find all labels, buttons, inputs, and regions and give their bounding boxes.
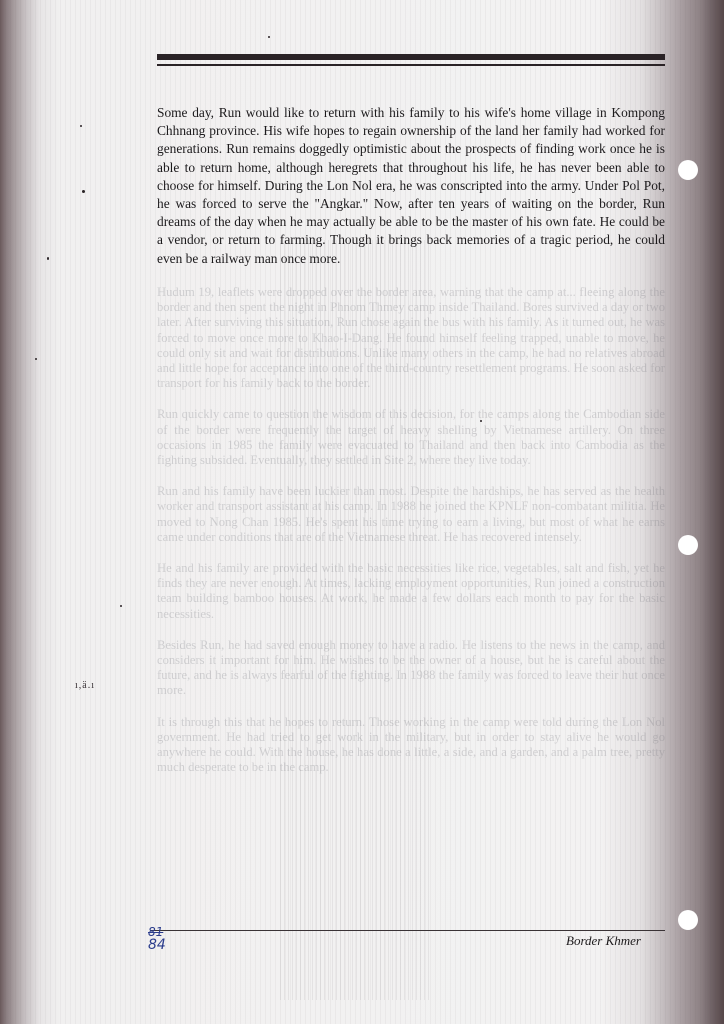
scan-speck	[47, 257, 49, 260]
scanned-page: Hudum 19, leaflets were dropped over the…	[0, 0, 724, 1024]
punch-hole	[678, 910, 698, 930]
bleed-paragraph: Run quickly came to question the wisdom …	[157, 407, 665, 468]
body-paragraph: Some day, Run would like to return with …	[157, 104, 665, 268]
header-rule-thick	[157, 54, 665, 60]
bleed-through-text: Hudum 19, leaflets were dropped over the…	[157, 285, 665, 791]
bleed-paragraph: Hudum 19, leaflets were dropped over the…	[157, 285, 665, 391]
footer-title: Border Khmer	[566, 933, 641, 949]
scan-speck	[268, 36, 270, 38]
scan-speck	[35, 358, 37, 360]
page-number: 81 84	[148, 926, 166, 952]
footer-rule	[150, 930, 665, 931]
bleed-paragraph: He and his family are provided with the …	[157, 561, 665, 622]
bleed-paragraph: Besides Run, he had saved enough money t…	[157, 638, 665, 699]
punch-hole	[678, 535, 698, 555]
header-rule-thin	[157, 64, 665, 66]
scan-speck	[80, 125, 82, 127]
margin-mark: ı,ä.ı	[75, 680, 95, 691]
bleed-paragraph: Run and his family have been luckier tha…	[157, 484, 665, 545]
page-number-handwritten: 84	[148, 939, 166, 952]
scan-speck	[82, 190, 85, 193]
scan-speck	[120, 605, 122, 607]
punch-hole	[678, 160, 698, 180]
bleed-paragraph: It is through this that he hopes to retu…	[157, 715, 665, 776]
scan-speck	[480, 420, 482, 422]
